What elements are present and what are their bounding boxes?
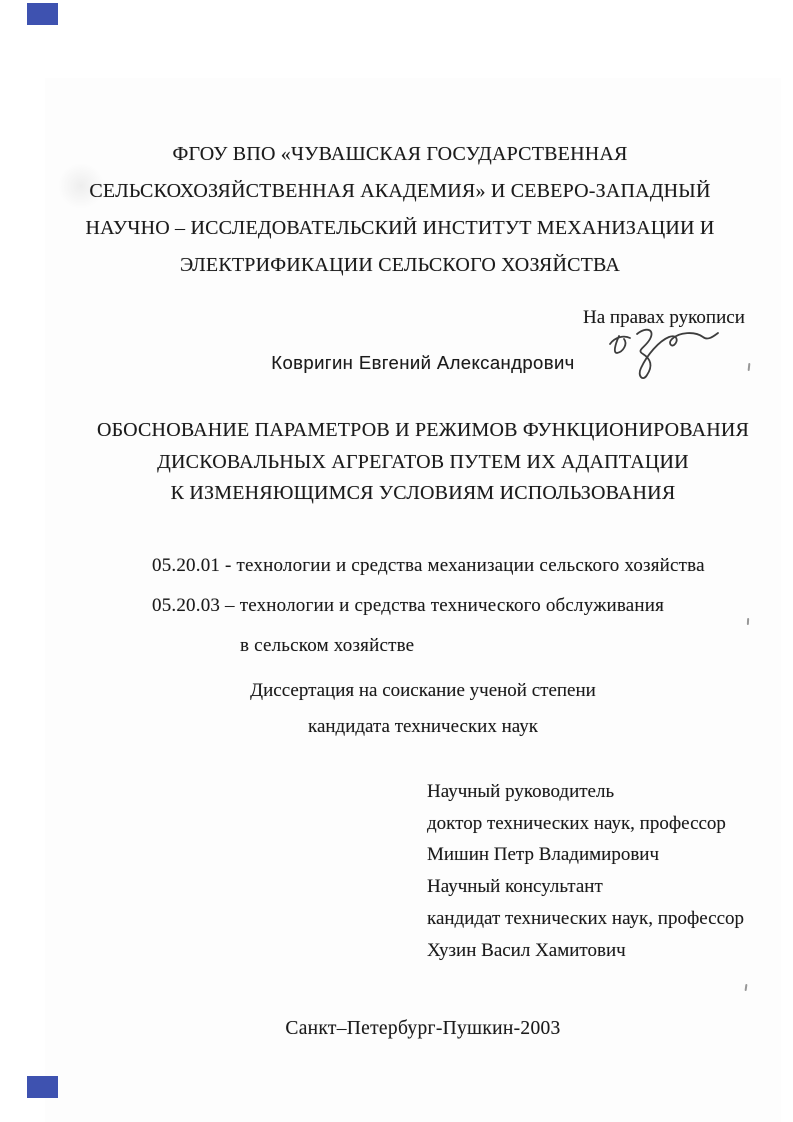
author-name: Ковригин Евгений Александрович xyxy=(73,352,773,374)
degree-statement: Диссертация на соискание ученой степени … xyxy=(73,673,773,744)
advisor-line: доктор технических наук, профессор xyxy=(427,808,767,840)
institution-header-line: ЭЛЕКТРИФИКАЦИИ СЕЛЬСКОГО ХОЗЯЙСТВА xyxy=(50,247,750,284)
advisor-line: Мишин Петр Владимирович xyxy=(427,839,767,871)
dissertation-title-line: К ИЗМЕНЯЮЩИМСЯ УСЛОВИЯМ ИСПОЛЬЗОВАНИЯ xyxy=(73,478,773,510)
city-year-footer: Санкт–Петербург-Пушкин-2003 xyxy=(73,1016,773,1042)
dissertation-title-line: ОБОСНОВАНИЕ ПАРАМЕТРОВ И РЕЖИМОВ ФУНКЦИО… xyxy=(73,415,773,447)
specialty-line: в сельском хозяйстве xyxy=(152,626,772,666)
advisors-block: Научный руководитель доктор технических … xyxy=(427,776,767,966)
specialty-line: 05.20.03 – технологии и средства техниче… xyxy=(152,586,772,626)
scan-corner-mark-top xyxy=(27,3,58,25)
institution-header-line: СЕЛЬСКОХОЗЯЙСТВЕННАЯ АКАДЕМИЯ» И СЕВЕРО-… xyxy=(50,173,750,210)
specialty-line: 05.20.01 - технологии и средства механиз… xyxy=(152,546,772,586)
advisor-line: Хузин Васил Хамитович xyxy=(427,935,767,967)
advisor-line: Научный руководитель xyxy=(427,776,767,808)
institution-header-line: ФГОУ ВПО «ЧУВАШСКАЯ ГОСУДАРСТВЕННАЯ xyxy=(50,136,750,173)
degree-statement-line: кандидата технических наук xyxy=(73,709,773,745)
advisor-line: Научный консультант xyxy=(427,871,767,903)
degree-statement-line: Диссертация на соискание ученой степени xyxy=(73,673,773,709)
advisor-line: кандидат технических наук, профессор xyxy=(427,903,767,935)
specialty-codes: 05.20.01 - технологии и средства механиз… xyxy=(152,546,772,666)
dissertation-title-line: ДИСКОВАЛЬНЫХ АГРЕГАТОВ ПУТЕМ ИХ АДАПТАЦИ… xyxy=(73,447,773,479)
scan-corner-mark-bottom xyxy=(27,1076,58,1098)
institution-header-line: НАУЧНО – ИССЛЕДОВАТЕЛЬСКИЙ ИНСТИТУТ МЕХА… xyxy=(50,210,750,247)
institution-header: ФГОУ ВПО «ЧУВАШСКАЯ ГОСУДАРСТВЕННАЯ СЕЛЬ… xyxy=(50,136,750,284)
scanned-title-page: { "document": { "header": { "lines": [ "… xyxy=(0,0,793,1122)
dissertation-title: ОБОСНОВАНИЕ ПАРАМЕТРОВ И РЕЖИМОВ ФУНКЦИО… xyxy=(73,415,773,510)
